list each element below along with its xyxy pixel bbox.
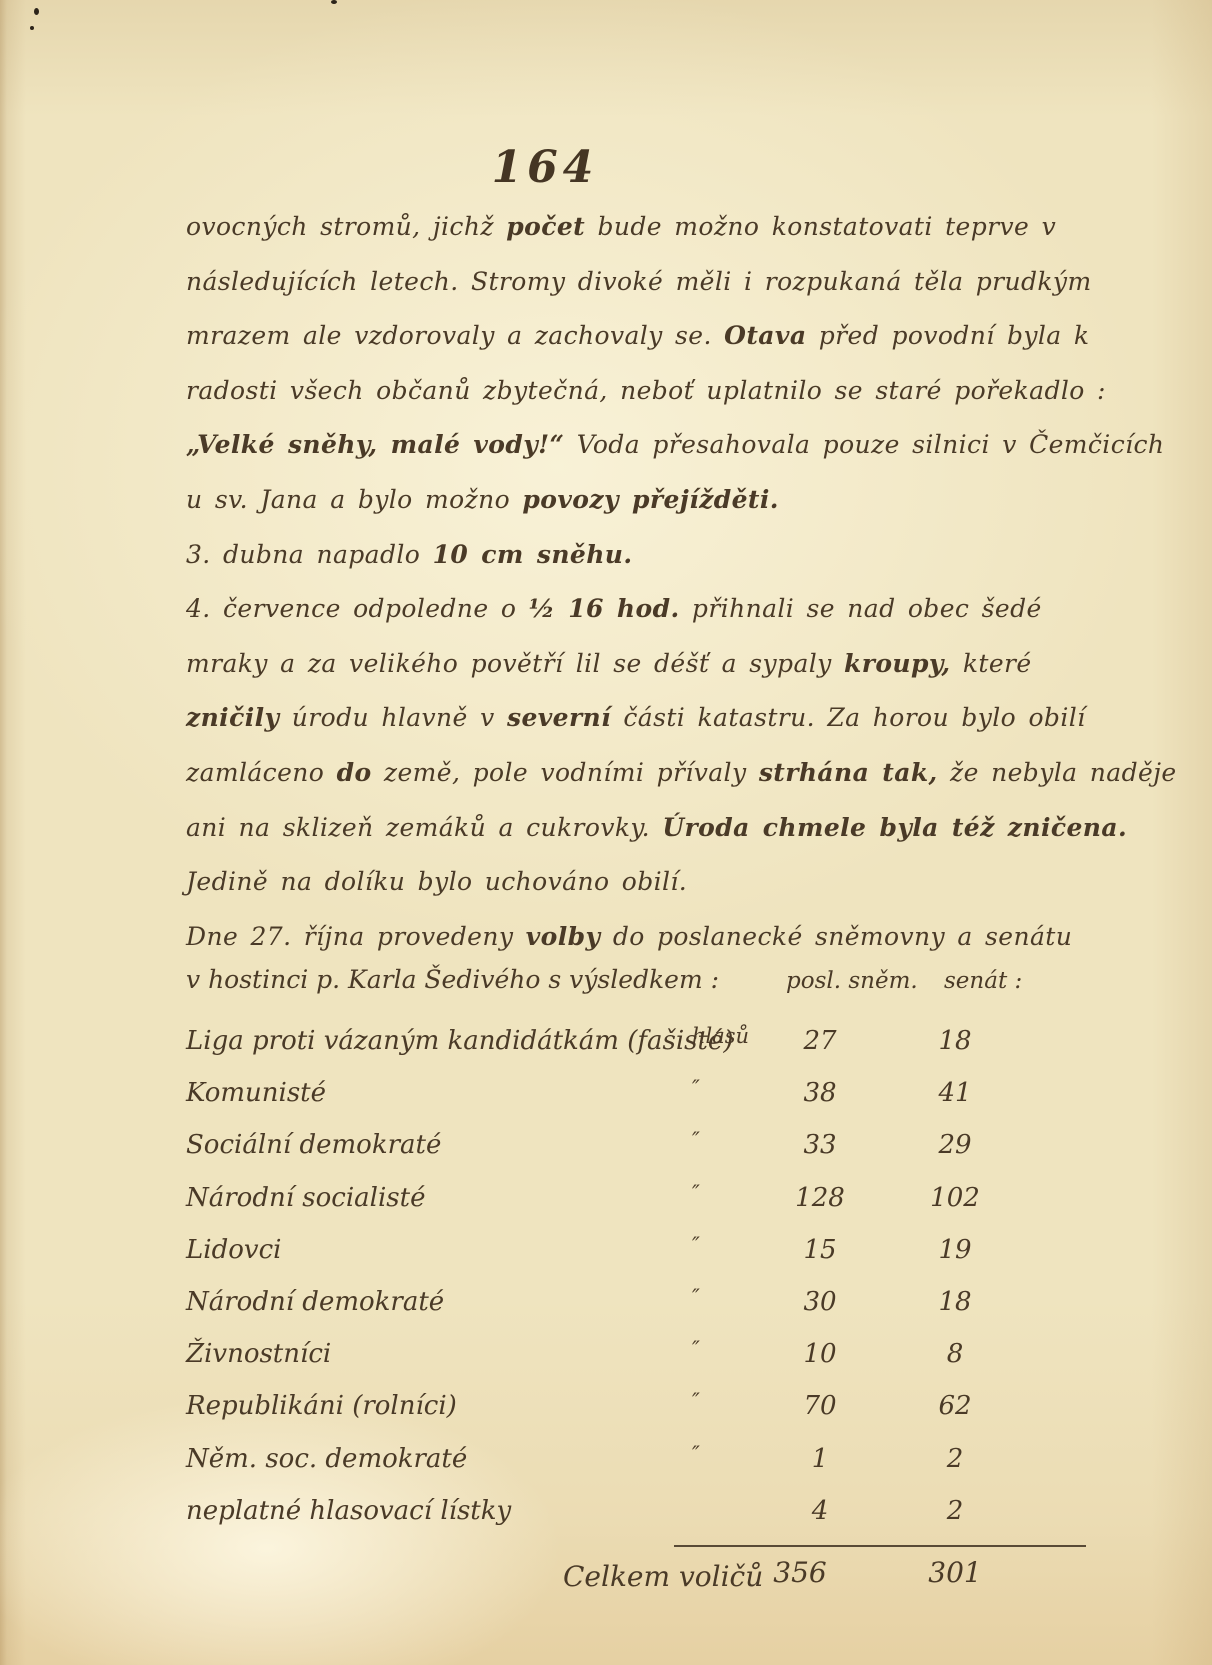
- manuscript-segment: zamláceno: [186, 758, 337, 787]
- table-row: Národní socialisté″128102: [186, 1173, 1096, 1225]
- column-header-senate: senát :: [944, 968, 1022, 994]
- manuscript-line: následujících letech. Stromy divoké měli…: [186, 255, 1076, 310]
- chamber-votes: 128: [765, 1183, 875, 1213]
- party-name: Sociální demokraté: [186, 1130, 441, 1160]
- manuscript-segment: ani na sklizeň zemáků a cukrovky.: [186, 813, 662, 842]
- party-name: Komunisté: [186, 1078, 326, 1108]
- table-row: Republikáni (rolníci)″7062: [186, 1381, 1096, 1433]
- table-row: Liga proti vázaným kandidátkám (fašisté)…: [186, 1016, 1096, 1068]
- table-row: Sociální demokraté″3329: [186, 1120, 1096, 1172]
- total-senate-votes: 301: [900, 1556, 1010, 1589]
- manuscript-line: zničily úrodu hlavně v severní části kat…: [186, 691, 1076, 746]
- manuscript-segment: Otava: [724, 321, 806, 350]
- manuscript-segment: „Velké sněhy, malé vody!“: [186, 430, 564, 459]
- column-header-chamber: posl. sněm.: [786, 968, 918, 994]
- manuscript-segment: ½ 16 hod.: [529, 594, 680, 623]
- table-row: Národní demokraté″3018: [186, 1277, 1096, 1329]
- senate-votes: 62: [900, 1391, 1010, 1421]
- manuscript-segment: severní: [507, 703, 611, 732]
- votes-unit-label: ″: [692, 1442, 700, 1466]
- manuscript-segment: části katastru. Za horou bylo obilí: [611, 703, 1085, 732]
- manuscript-line: mraky a za velikého povětří lil se déšť …: [186, 637, 1076, 692]
- manuscript-segment: kroupy,: [844, 649, 950, 678]
- party-name: neplatné hlasovací lístky: [186, 1496, 511, 1526]
- manuscript-line: Dne 27. října provedeny volby do poslane…: [186, 910, 1076, 965]
- manuscript-line: 4. července odpoledne o ½ 16 hod. přihna…: [186, 582, 1076, 637]
- manuscript-segment: které: [951, 649, 1032, 678]
- manuscript-segment: u sv. Jana a bylo možno: [186, 485, 522, 514]
- manuscript-line: 3. dubna napadlo 10 cm sněhu.: [186, 528, 1076, 583]
- chamber-votes: 38: [765, 1078, 875, 1108]
- results-header: v hostinci p. Karla Šedivého s výsledkem…: [186, 965, 1096, 1020]
- votes-unit-label: ″: [692, 1128, 700, 1152]
- manuscript-segment: Dne 27. října provedeny: [186, 922, 526, 951]
- chamber-votes: 15: [765, 1235, 875, 1265]
- party-name: Něm. soc. demokraté: [186, 1444, 467, 1474]
- votes-unit-label: ″: [692, 1076, 700, 1100]
- senate-votes: 2: [900, 1444, 1010, 1474]
- manuscript-line: u sv. Jana a bylo možno povozy přejíždět…: [186, 473, 1076, 528]
- table-row: Komunisté″3841: [186, 1068, 1096, 1120]
- party-name: Liga proti vázaným kandidátkám (fašisté): [186, 1026, 733, 1056]
- senate-votes: 18: [900, 1026, 1010, 1056]
- manuscript-line: zamláceno do země, pole vodními přívaly …: [186, 746, 1076, 801]
- manuscript-segment: před povodní byla k: [806, 321, 1089, 350]
- manuscript-line: ani na sklizeň zemáků a cukrovky. Úroda …: [186, 801, 1076, 856]
- manuscript-segment: 4. července odpoledne o: [186, 594, 529, 623]
- senate-votes: 2: [900, 1496, 1010, 1526]
- total-row: Celkem voličů 356 301: [186, 1552, 1096, 1608]
- senate-votes: 102: [900, 1183, 1010, 1213]
- manuscript-line: mrazem ale vzdorovaly a zachovaly se. Ot…: [186, 309, 1076, 364]
- manuscript-segment: následujících letech. Stromy divoké měli…: [186, 267, 1092, 296]
- manuscript-segment: volby: [526, 922, 601, 951]
- total-chamber-votes: 356: [745, 1556, 855, 1589]
- votes-unit-label: ″: [692, 1233, 700, 1257]
- scan-speck: [331, 0, 337, 4]
- manuscript-segment: mrazem ale vzdorovaly a zachovaly se.: [186, 321, 724, 350]
- manuscript-line: radosti všech občanů zbytečná, neboť upl…: [186, 364, 1076, 419]
- party-name: Národní socialisté: [186, 1183, 425, 1213]
- results-table: Liga proti vázaným kandidátkám (fašisté)…: [186, 1016, 1096, 1538]
- votes-unit-label: ″: [692, 1181, 700, 1205]
- manuscript-segment: ovocných stromů, jichž: [186, 212, 506, 241]
- total-rule: [674, 1545, 1086, 1547]
- manuscript-segment: Jedině na dolíku bylo uchováno obilí.: [186, 867, 687, 896]
- party-name: Republikáni (rolníci): [186, 1391, 457, 1421]
- party-name: Živnostníci: [186, 1339, 331, 1369]
- manuscript-segment: 3. dubna napadlo: [186, 540, 433, 569]
- party-name: Národní demokraté: [186, 1287, 444, 1317]
- manuscript-segment: zničily: [186, 703, 279, 732]
- manuscript-line: Jedině na dolíku bylo uchováno obilí.: [186, 855, 1076, 910]
- chronicle-page: 164 ovocných stromů, jichž počet bude mo…: [0, 0, 1212, 1665]
- manuscript-segment: země, pole vodními přívaly: [372, 758, 759, 787]
- senate-votes: 19: [900, 1235, 1010, 1265]
- table-row: neplatné hlasovací lístky42: [186, 1486, 1096, 1538]
- page-number: 164: [0, 142, 1090, 193]
- votes-unit-label: hlasů: [692, 1024, 749, 1048]
- manuscript-line: ovocných stromů, jichž počet bude možno …: [186, 200, 1076, 255]
- results-intro: v hostinci p. Karla Šedivého s výsledkem…: [186, 965, 719, 994]
- manuscript-segment: bude možno konstatovati teprve v: [585, 212, 1056, 241]
- total-label: Celkem voličů: [563, 1560, 763, 1593]
- votes-unit-label: ″: [692, 1285, 700, 1309]
- scan-speck: [30, 26, 34, 30]
- manuscript-segment: 10 cm sněhu.: [433, 540, 633, 569]
- chamber-votes: 33: [765, 1130, 875, 1160]
- party-name: Lidovci: [186, 1235, 281, 1265]
- manuscript-segment: strhána tak,: [759, 758, 938, 787]
- chamber-votes: 30: [765, 1287, 875, 1317]
- votes-unit-label: ″: [692, 1389, 700, 1413]
- senate-votes: 18: [900, 1287, 1010, 1317]
- chamber-votes: 10: [765, 1339, 875, 1369]
- chamber-votes: 70: [765, 1391, 875, 1421]
- manuscript-segment: úrodu hlavně v: [279, 703, 507, 732]
- senate-votes: 8: [900, 1339, 1010, 1369]
- chamber-votes: 27: [765, 1026, 875, 1056]
- manuscript-segment: Voda přesahovala pouze silnici v Čemčicí…: [564, 430, 1164, 459]
- table-row: Lidovci″1519: [186, 1225, 1096, 1277]
- manuscript-text: ovocných stromů, jichž počet bude možno …: [186, 200, 1076, 964]
- scan-speck: [34, 8, 39, 15]
- manuscript-segment: počet: [506, 212, 585, 241]
- manuscript-segment: Úroda chmele byla též zničena.: [662, 813, 1127, 842]
- manuscript-segment: mraky a za velikého povětří lil se déšť …: [186, 649, 844, 678]
- senate-votes: 41: [900, 1078, 1010, 1108]
- manuscript-segment: do poslanecké sněmovny a senátu: [600, 922, 1072, 951]
- manuscript-segment: do: [337, 758, 372, 787]
- manuscript-segment: že nebyla naděje: [938, 758, 1177, 787]
- manuscript-segment: přihnali se nad obec šedé: [680, 594, 1042, 623]
- table-row: Něm. soc. demokraté″12: [186, 1434, 1096, 1486]
- chamber-votes: 1: [765, 1444, 875, 1474]
- votes-unit-label: ″: [692, 1337, 700, 1361]
- senate-votes: 29: [900, 1130, 1010, 1160]
- chamber-votes: 4: [765, 1496, 875, 1526]
- table-row: Živnostníci″108: [186, 1329, 1096, 1381]
- manuscript-segment: radosti všech občanů zbytečná, neboť upl…: [186, 376, 1106, 405]
- manuscript-segment: povozy přejížděti.: [522, 485, 778, 514]
- manuscript-line: „Velké sněhy, malé vody!“ Voda přesahova…: [186, 418, 1076, 473]
